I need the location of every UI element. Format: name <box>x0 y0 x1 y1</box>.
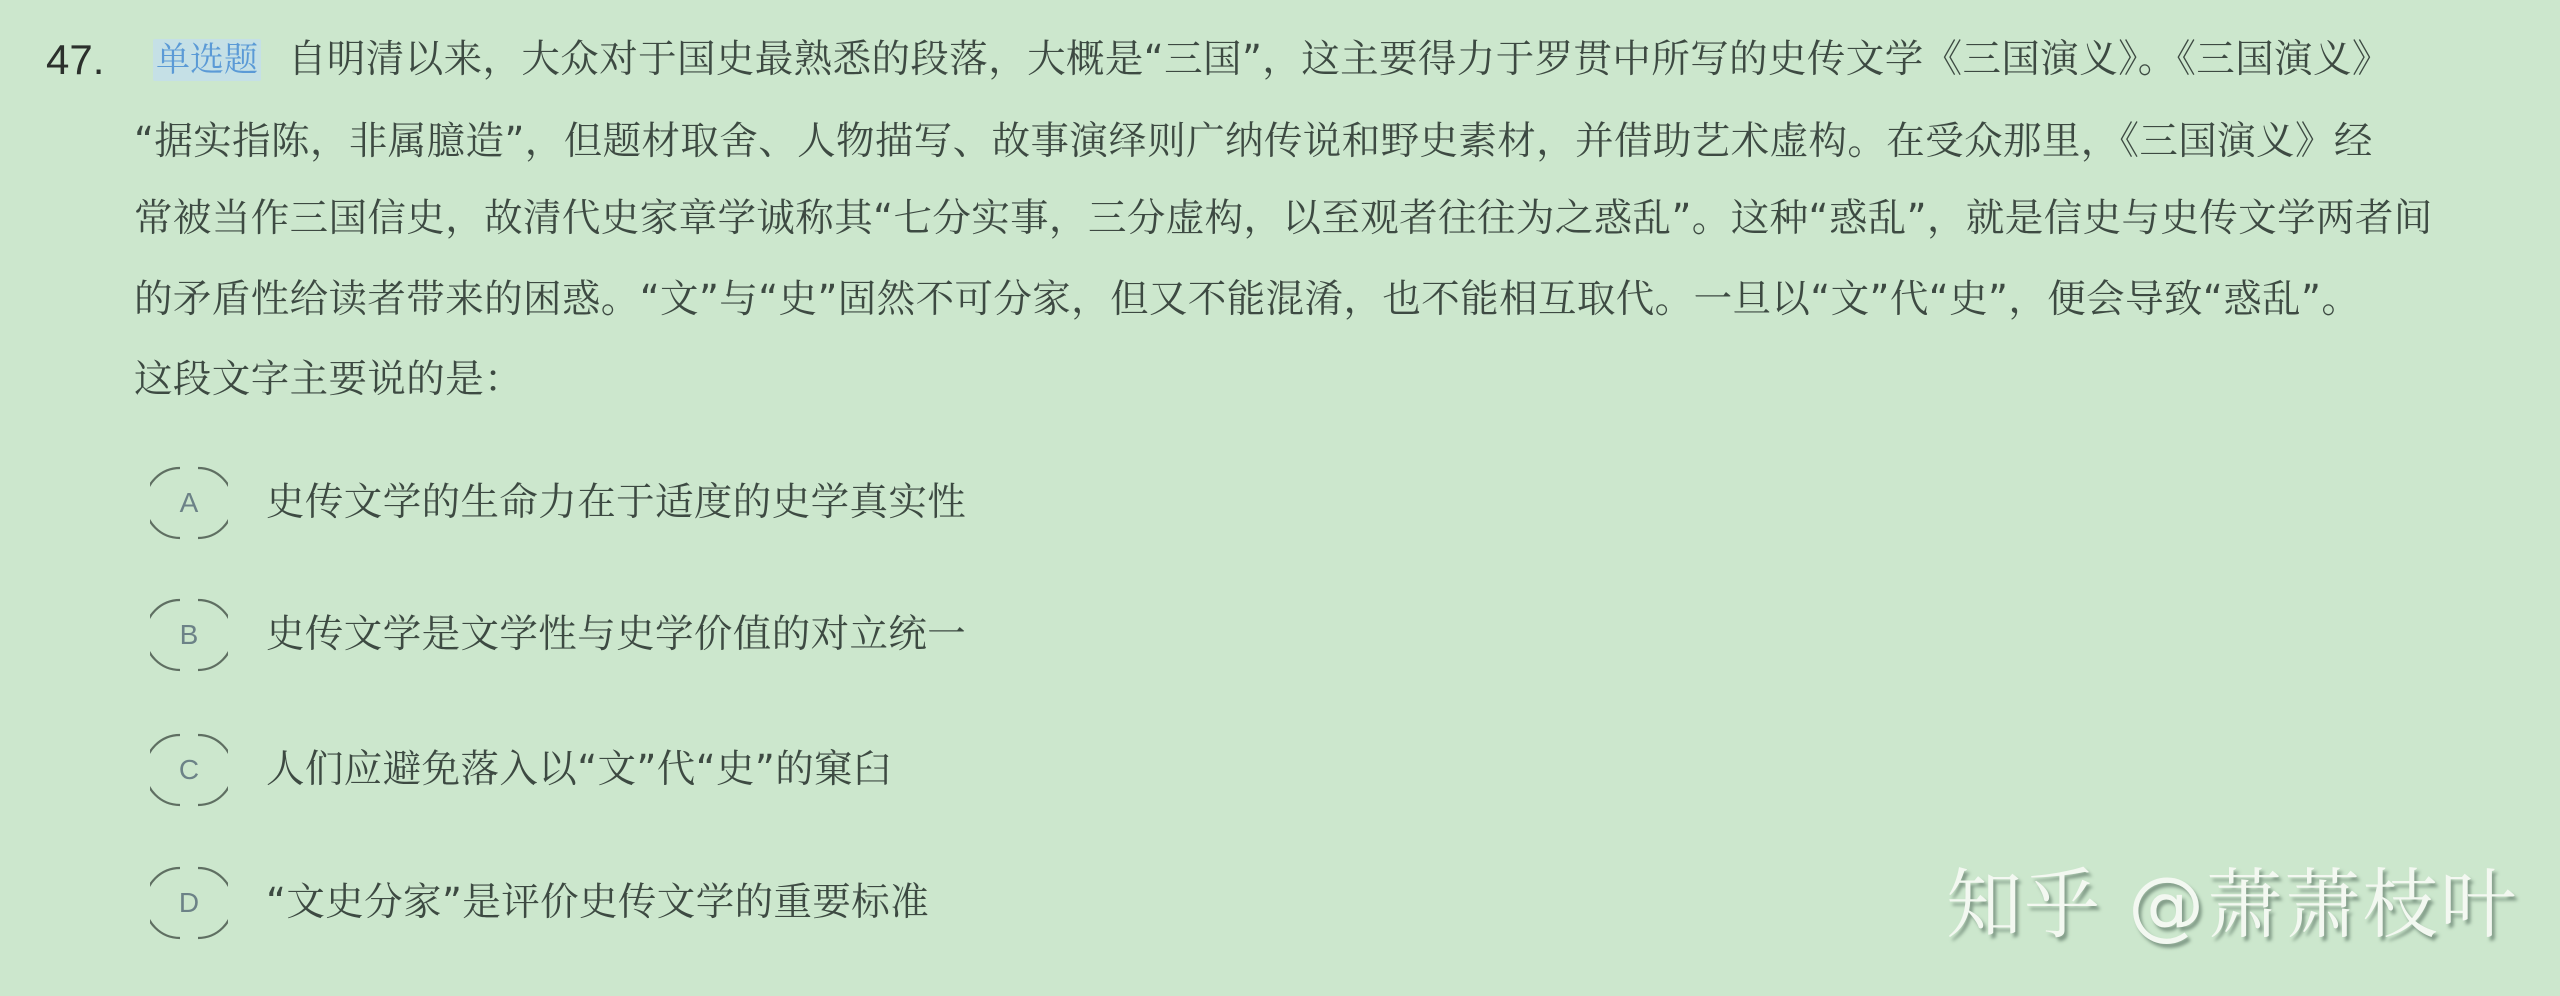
question-stem-line-4: 的矛盾性给读者带来的困惑。“文”与“史”固然不可分家，但又不能混淆，也不能相互取… <box>134 274 2360 326</box>
option-c[interactable]: C 人们应避免落入以“文”代“史”的窠臼 <box>150 730 892 810</box>
option-a[interactable]: A 史传文学的生命力在于适度的史学真实性 <box>150 463 966 543</box>
option-letter: C <box>150 731 228 809</box>
question-prompt: 这段文字主要说的是： <box>134 354 523 406</box>
zhihu-watermark: 知乎 @萧萧枝叶 <box>1946 850 2518 960</box>
question-type-badge: 单选题 <box>153 39 261 81</box>
option-letter: A <box>150 464 228 542</box>
option-radio-circle-icon[interactable]: A <box>150 464 228 542</box>
question-stem-line-2: “据实指陈，非属臆造”，但题材取舍、人物描写、故事演绎则广纳传说和野史素材，并借… <box>134 116 2373 168</box>
option-text[interactable]: 人们应避免落入以“文”代“史”的窠臼 <box>266 744 892 796</box>
option-letter: D <box>150 864 228 942</box>
option-text[interactable]: “文史分家”是评价史传文学的重要标准 <box>266 877 929 929</box>
question-number: 47. <box>46 34 104 86</box>
option-radio-circle-icon[interactable]: B <box>150 596 228 674</box>
option-radio-circle-icon[interactable]: D <box>150 864 228 942</box>
question-card: 47. 单选题 自明清以来，大众对于国史最熟悉的段落，大概是“三国”，这主要得力… <box>0 0 2560 996</box>
option-radio-circle-icon[interactable]: C <box>150 731 228 809</box>
option-text[interactable]: 史传文学是文学性与史学价值的对立统一 <box>266 609 966 661</box>
question-stem-line-3: 常被当作三国信史，故清代史家章学诚称其“七分实事，三分虚构，以至观者往往为之惑乱… <box>134 193 2433 245</box>
option-letter: B <box>150 596 228 674</box>
option-b[interactable]: B 史传文学是文学性与史学价值的对立统一 <box>150 595 966 675</box>
question-stem-line-1: 自明清以来，大众对于国史最熟悉的段落，大概是“三国”，这主要得力于罗贯中所写的史… <box>288 34 2391 86</box>
option-text[interactable]: 史传文学的生命力在于适度的史学真实性 <box>266 477 966 529</box>
option-d[interactable]: D “文史分家”是评价史传文学的重要标准 <box>150 863 929 943</box>
